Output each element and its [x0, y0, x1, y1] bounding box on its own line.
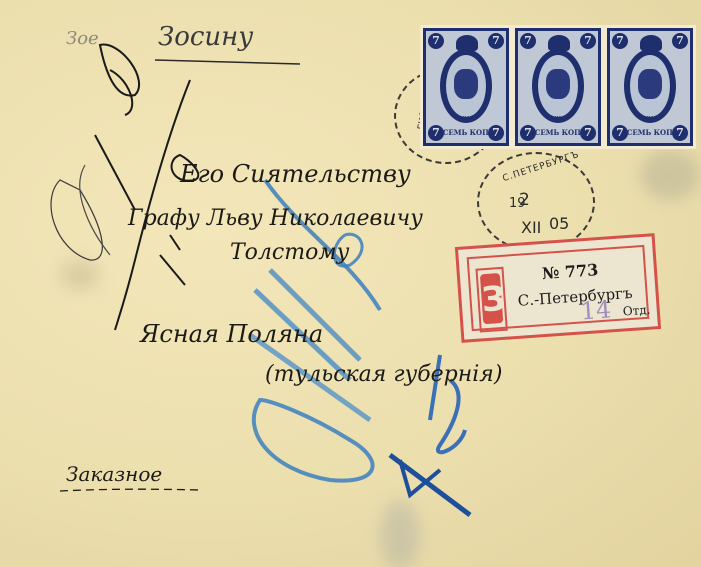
registration-city: С.-Петербургъ [517, 284, 633, 310]
recipient-name: Графу Льву Николаевичу [128, 206, 423, 231]
postmark-city: С.ПЕТЕРБУРГЪ [501, 150, 580, 184]
postmark-day: 2 [519, 190, 530, 210]
stamp-roman-mark: VII [644, 116, 653, 123]
stamp-denomination: СЕМЬ КОП. [626, 128, 676, 137]
postage-stamp: 7 7 7 7 VII СЕМЬ КОП. [423, 28, 509, 146]
destination-place: Ясная Поляна [140, 320, 323, 348]
registration-number: № 773 [541, 260, 599, 283]
stamp-value: 7 [612, 33, 628, 49]
stamp-value: 7 [580, 33, 596, 49]
stamp-value: 7 [520, 33, 536, 49]
registration-branch-number: 14 [580, 295, 612, 325]
stamp-value: 7 [428, 33, 444, 49]
stamp-roman-mark: VII [460, 116, 469, 123]
service-note: Заказное [66, 462, 162, 486]
stamp-value: 7 [672, 33, 688, 49]
registration-letter: З [480, 273, 503, 324]
stamp-denomination: СЕМЬ КОП. [442, 128, 492, 137]
recipient-surname: Толстому [230, 240, 349, 265]
envelope: Зое Зосину Ч. 109 Его Сиятельству Графу … [0, 0, 701, 567]
registration-label: З № 773 С.-Петербургъ 14 Отд. [455, 233, 661, 343]
registration-letter-box: З [475, 267, 507, 333]
postage-stamp: 7 7 7 7 VII СЕМЬ КОП. [515, 28, 601, 146]
stamp-value: 7 [488, 33, 504, 49]
postmark-main: С.ПЕТЕРБУРГЪ 19 2 XII 05 [477, 152, 595, 252]
destination-province: (тульская губернія) [265, 362, 502, 387]
postage-stamp: 7 7 7 7 VII СЕМЬ КОП. [607, 28, 693, 146]
stamp-denomination: СЕМЬ КОП. [534, 128, 584, 137]
postmark-year: 05 [549, 214, 569, 233]
registration-label-frame: З № 773 С.-Петербургъ 14 Отд. [467, 245, 650, 331]
postmark-month: XII [521, 218, 541, 237]
eagle-icon [638, 69, 662, 99]
registration-branch: Отд. [622, 303, 651, 319]
top-note: Зосину [158, 22, 253, 52]
recipient-salutation: Его Сиятельству [180, 160, 411, 188]
stamp-roman-mark: VII [552, 116, 561, 123]
eagle-icon [546, 69, 570, 99]
eagle-icon [454, 69, 478, 99]
